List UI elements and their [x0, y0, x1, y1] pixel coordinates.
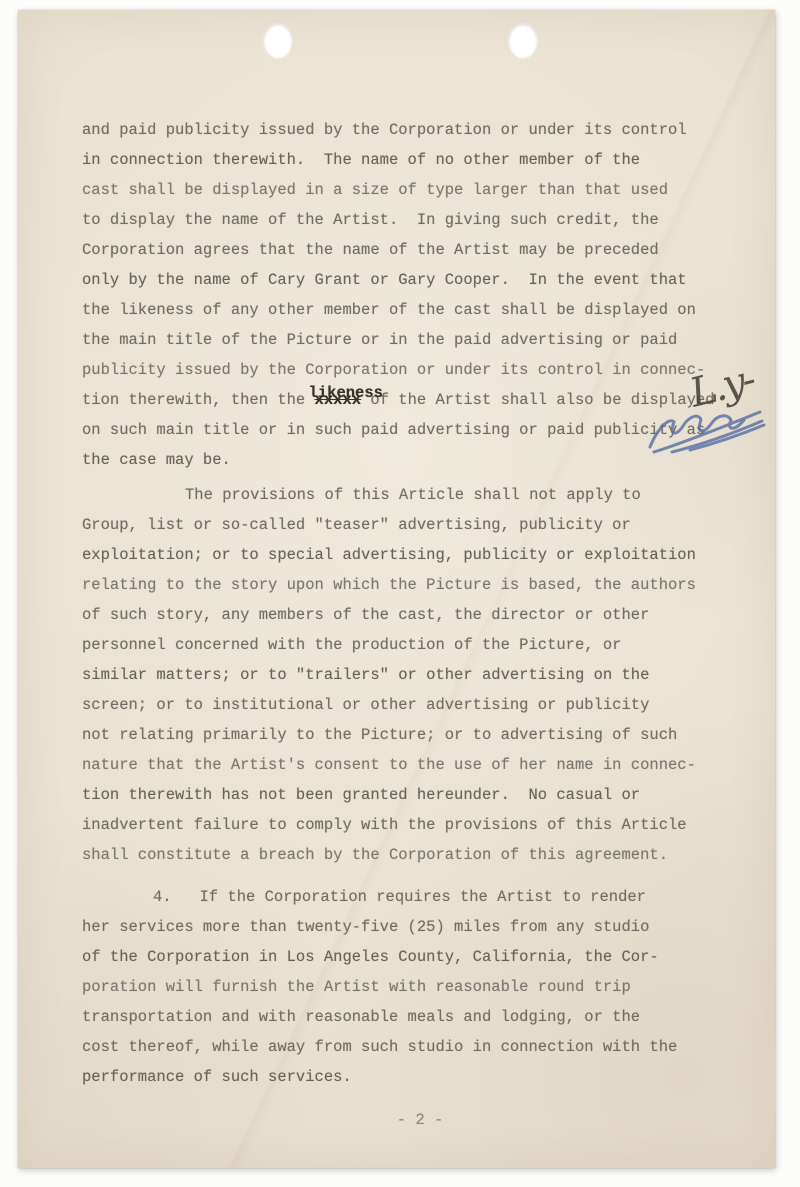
typed-line: shall constitute a breach by the Corpora…: [82, 840, 742, 870]
document-page: and paid publicity issued by the Corpora…: [18, 10, 775, 1168]
typed-line: and paid publicity issued by the Corpora…: [82, 115, 742, 145]
paragraph-lines: her services more than twenty-five (25) …: [82, 912, 742, 1092]
punch-hole-left-icon: [264, 24, 292, 58]
typed-line: relating to the story upon which the Pic…: [82, 570, 742, 600]
correction-group: likenessxxxxx: [315, 385, 362, 415]
typed-line: personnel concerned with the production …: [82, 630, 742, 660]
typed-line: not relating primarily to the Picture; o…: [82, 720, 742, 750]
typed-line: Corporation agrees that the name of the …: [82, 235, 742, 265]
typed-line: cast shall be displayed in a size of typ…: [82, 175, 742, 205]
typed-line: similar matters; or to "trailers" or oth…: [82, 660, 742, 690]
typed-line: cost thereof, while away from such studi…: [82, 1032, 742, 1062]
handwritten-annotations-drawing: L.y-: [638, 355, 788, 470]
punch-hole-right-icon: [509, 24, 537, 58]
margin-annotations: L.y-: [638, 355, 788, 470]
typed-line: Group, list or so-called "teaser" advert…: [82, 510, 742, 540]
typed-line: in connection therewith. The name of no …: [82, 145, 742, 175]
paragraph-lines: Group, list or so-called "teaser" advert…: [82, 510, 742, 870]
typed-line: her services more than twenty-five (25) …: [82, 912, 742, 942]
typed-line: only by the name of Cary Grant or Gary C…: [82, 265, 742, 295]
typed-line: poration will furnish the Artist with re…: [82, 972, 742, 1002]
typed-line: tion therewith has not been granted here…: [82, 780, 742, 810]
correction-before-text: tion therewith, then the: [82, 391, 315, 409]
page-number: - 2 -: [397, 1105, 444, 1135]
typed-line: performance of such services.: [82, 1062, 742, 1092]
typed-line: of the Corporation in Los Angeles County…: [82, 942, 742, 972]
typed-line: inadvertent failure to comply with the p…: [82, 810, 742, 840]
typed-line: 4. If the Corporation requires the Artis…: [82, 882, 742, 912]
paragraph-lines: and paid publicity issued by the Corpora…: [82, 115, 742, 385]
typed-line: the main title of the Picture or in the …: [82, 325, 742, 355]
typed-line: the likeness of any other member of the …: [82, 295, 742, 325]
typed-line: screen; or to institutional or other adv…: [82, 690, 742, 720]
typed-line: The provisions of this Article shall not…: [82, 480, 742, 510]
handwritten-initials-blue: [650, 412, 764, 452]
scanned-document-screenshot: { "doc": { "page_number": "- 2 -", "p1":…: [0, 0, 800, 1187]
paragraph-article-exceptions: The provisions of this Article shall not…: [82, 480, 742, 870]
correction-inserted-word: likeness: [309, 385, 383, 401]
paragraph-clause-4-transportation: 4. If the Corporation requires the Artis…: [82, 882, 742, 1092]
typed-line: of such story, any members of the cast, …: [82, 600, 742, 630]
typed-line: nature that the Artist's consent to the …: [82, 750, 742, 780]
handwritten-initials-dark: L.y-: [684, 356, 760, 417]
typed-text-block: and paid publicity issued by the Corpora…: [82, 115, 742, 1092]
margin-initials-text: L.y-: [684, 356, 760, 417]
typed-line: to display the name of the Artist. In gi…: [82, 205, 742, 235]
typed-line: exploitation; or to special advertising,…: [82, 540, 742, 570]
typed-line: transportation and with reasonable meals…: [82, 1002, 742, 1032]
